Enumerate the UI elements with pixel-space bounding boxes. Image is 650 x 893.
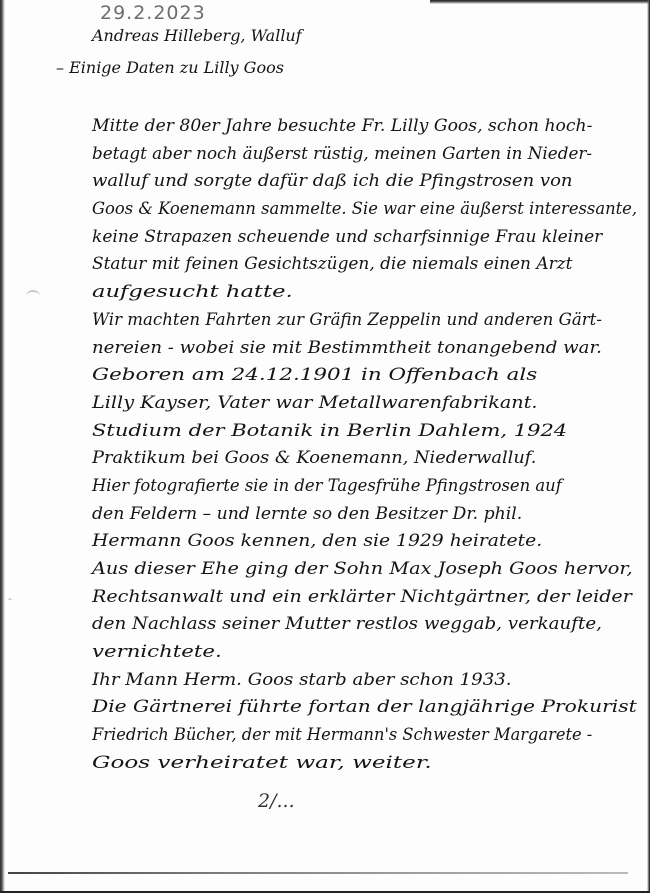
scan-top-edge <box>430 0 650 4</box>
body-line: den Nachlass seiner Mutter restlos wegga… <box>92 610 650 638</box>
body-line: Ihr Mann Herm. Goos starb aber schon 193… <box>92 666 650 694</box>
body-line: Mitte der 80er Jahre besuchte Fr. Lilly … <box>92 112 650 140</box>
body-line: Rechtsanwalt und ein erklärter Nichtgärt… <box>92 583 650 611</box>
author-line: Andreas Hilleberg, Walluf <box>92 26 302 45</box>
body-line: walluf und sorgte dafür daß ich die Pfin… <box>92 167 650 195</box>
body-line: Lilly Kayser, Vater war Metallwarenfabri… <box>92 389 650 417</box>
body-line: Hier fotografierte sie in der Tagesfrühe… <box>92 472 649 500</box>
body-line: Goos & Koenemann sammelte. Sie war eine … <box>92 195 647 223</box>
body-line: Goos verheiratet war, weiter. <box>92 749 650 777</box>
body-line: den Feldern – und lernte so den Besitzer… <box>92 500 650 528</box>
date-stamp: 29.2.2023 <box>100 2 206 24</box>
body-line: Geboren am 24.12.1901 in Offenbach als <box>92 361 650 389</box>
body-line: Praktikum bei Goos & Koenemann, Niederwa… <box>92 444 650 472</box>
body-line: Studium der Botanik in Berlin Dahlem, 19… <box>92 417 650 445</box>
body-line: Hermann Goos kennen, den sie 1929 heirat… <box>92 527 650 555</box>
body-line: Statur mit feinen Gesichtszügen, die nie… <box>92 250 650 278</box>
body-line: betagt aber noch äußerst rüstig, meinen … <box>92 140 650 168</box>
continuation-mark: 2/... <box>258 790 295 812</box>
scan-left-edge <box>0 0 5 893</box>
punch-hole-mark <box>8 598 12 603</box>
handwritten-body: Mitte der 80er Jahre besuchte Fr. Lilly … <box>92 112 650 777</box>
body-line: aufgesucht hatte. <box>92 278 650 306</box>
page-bottom-edge-shadow <box>8 872 628 874</box>
body-line: Aus dieser Ehe ging der Sohn Max Joseph … <box>92 555 650 583</box>
scanned-page: 29.2.2023 Andreas Hilleberg, Walluf – Ei… <box>0 0 650 893</box>
punch-hole-mark <box>26 290 40 302</box>
body-line: Friedrich Bücher, der mit Hermann's Schw… <box>92 721 643 749</box>
body-line: vernichtete. <box>92 638 650 666</box>
subject-line: – Einige Daten zu Lilly Goos <box>56 58 284 77</box>
body-line: Wir machten Fahrten zur Gräfin Zeppelin … <box>92 306 650 334</box>
body-line: nereien - wobei sie mit Bestimmtheit ton… <box>92 334 650 362</box>
body-line: Die Gärtnerei führte fortan der langjähr… <box>92 693 650 721</box>
body-line: keine Strapazen scheuende und scharfsinn… <box>92 223 650 251</box>
